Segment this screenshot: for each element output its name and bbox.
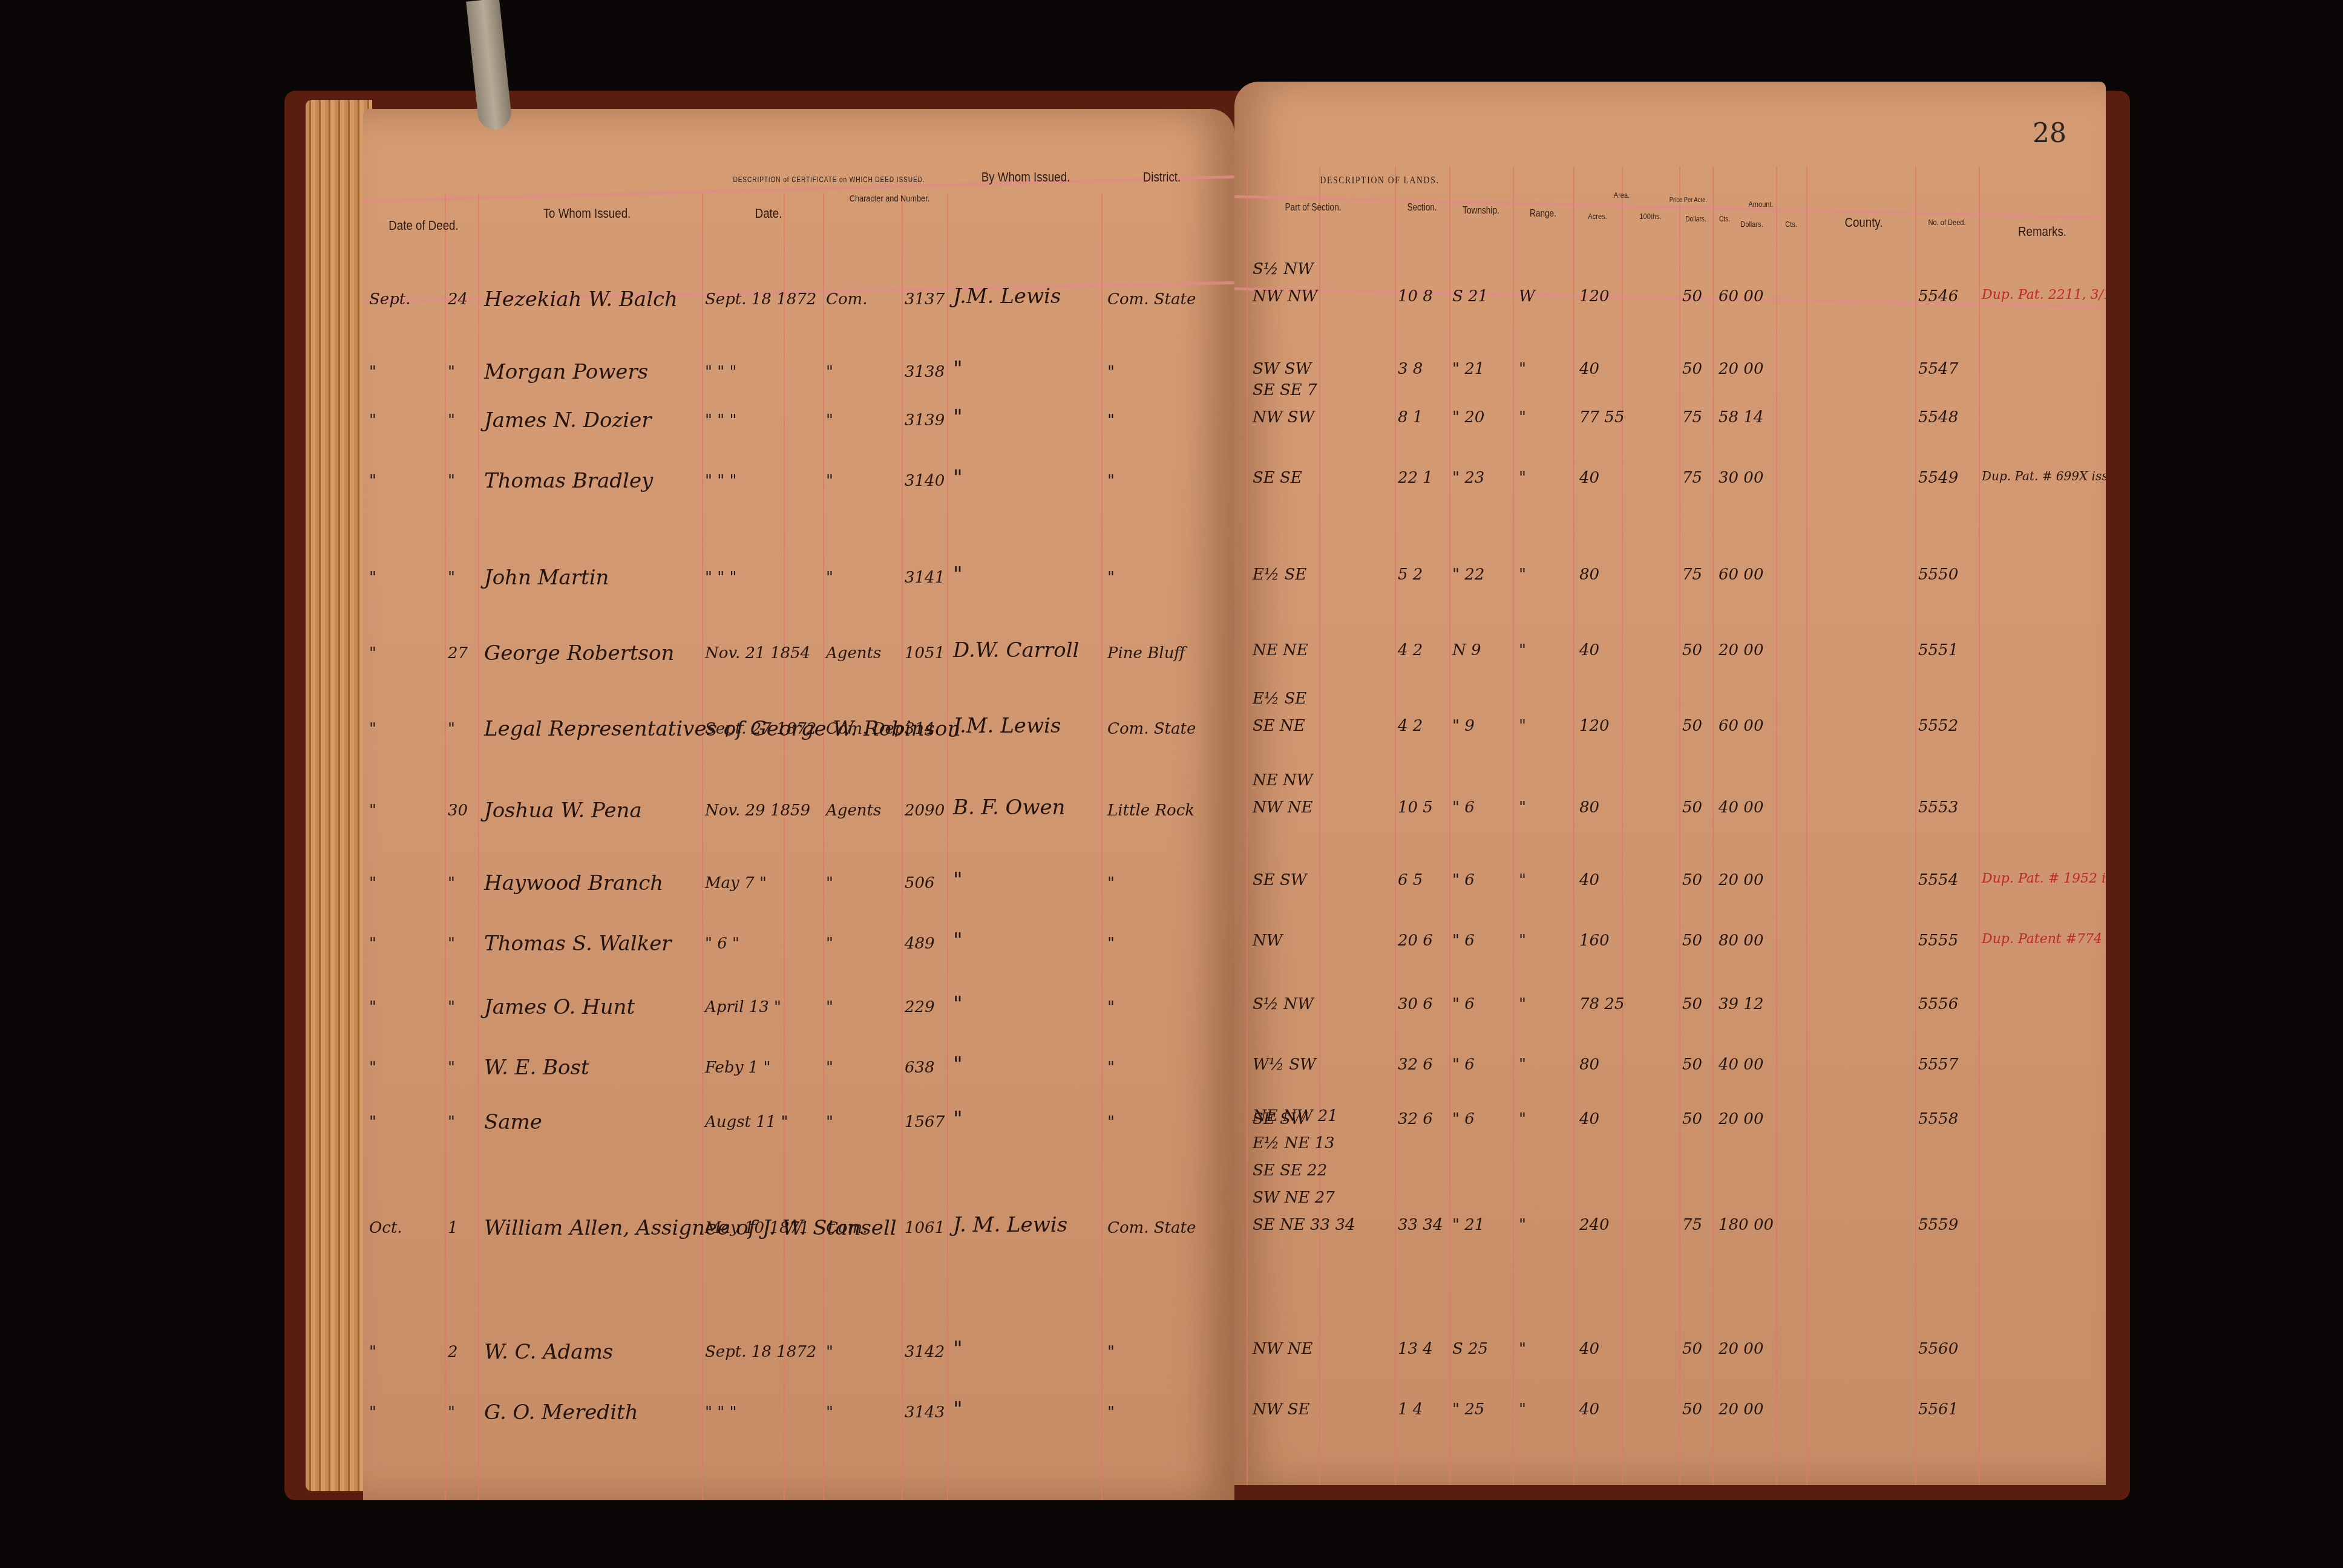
deed-day: "	[448, 874, 455, 892]
amount: 58 14	[1719, 408, 1763, 426]
township: " 25	[1452, 1400, 1484, 1419]
deed-number: 5546	[1918, 287, 1958, 305]
deed-month: "	[369, 720, 376, 738]
deed-month: "	[369, 1113, 376, 1131]
deed-number: 5556	[1918, 995, 1958, 1013]
acres: 80	[1579, 1056, 1599, 1074]
deed-day: 30	[448, 802, 468, 820]
amount: 20 00	[1719, 1110, 1763, 1128]
header-amount-cts: Cts.	[1778, 220, 1804, 229]
issued-by: J.M. Lewis	[953, 714, 1061, 738]
price-per-acre: 75	[1682, 469, 1702, 487]
deed-month: "	[369, 874, 376, 892]
certificate-number: 314	[905, 720, 935, 738]
deed-number: 5553	[1918, 799, 1958, 817]
certificate-number: 3143	[905, 1403, 945, 1422]
part-of-section: S½ NW	[1253, 260, 1314, 278]
amount: 39 12	[1719, 995, 1763, 1013]
range: "	[1519, 408, 1526, 426]
part-of-section: SE NE	[1253, 717, 1305, 735]
deed-month: "	[369, 411, 376, 430]
header-price-per-acre: Price Per Acre.	[1653, 197, 1725, 204]
district: Com. State	[1107, 1219, 1196, 1237]
grantee-name: Haywood Branch	[484, 871, 663, 895]
deed-month: "	[369, 998, 376, 1016]
range: "	[1519, 566, 1526, 584]
deed-number: 5548	[1918, 408, 1958, 426]
certificate-date: Sept. 27 1872	[705, 720, 816, 738]
col-divider	[1679, 166, 1680, 1485]
col-divider	[902, 194, 903, 1500]
remark: Dup. Pat. # 699X issued 10-21-26	[1982, 469, 2106, 483]
col-divider	[1712, 166, 1714, 1485]
col-divider	[784, 194, 785, 1500]
part-of-section: SW SW	[1253, 360, 1311, 378]
deed-month: "	[369, 569, 376, 587]
part-of-section: NW NE	[1253, 1340, 1312, 1358]
township: " 9	[1452, 717, 1475, 735]
deed-number: 5554	[1918, 871, 1958, 889]
price-per-acre: 75	[1682, 408, 1702, 426]
range: "	[1519, 932, 1526, 950]
township: S 21	[1452, 287, 1488, 305]
township: " 22	[1452, 566, 1484, 584]
certificate-character: "	[826, 1113, 833, 1131]
grantee-name: Morgan Powers	[484, 360, 648, 384]
acres: 77 55	[1579, 408, 1624, 426]
col-divider	[1449, 166, 1450, 1485]
section: 1 4	[1398, 1400, 1423, 1419]
district: "	[1107, 874, 1115, 892]
price-per-acre: 50	[1682, 799, 1702, 817]
header-no-of-deed: No. of Deed.	[1920, 218, 1974, 227]
price-per-acre: 50	[1682, 995, 1702, 1013]
part-of-section: SE SW	[1253, 871, 1307, 889]
part-of-section: SW NE 27	[1253, 1189, 1335, 1207]
certificate-character: "	[826, 411, 833, 430]
grantee-name: James O. Hunt	[484, 995, 635, 1019]
range: "	[1519, 871, 1526, 889]
certificate-character: Agents	[826, 802, 881, 820]
district: "	[1107, 1403, 1115, 1422]
price-per-acre: 50	[1682, 287, 1702, 305]
price-per-acre: 50	[1682, 932, 1702, 950]
range: "	[1519, 1056, 1526, 1074]
deed-number: 5559	[1918, 1216, 1958, 1234]
price-per-acre: 50	[1682, 717, 1702, 735]
range: "	[1519, 1216, 1526, 1234]
section: 32 6	[1398, 1110, 1433, 1128]
issued-by: "	[953, 466, 963, 490]
part-of-section: NW NW	[1253, 287, 1317, 305]
section: 3 8	[1398, 360, 1423, 378]
col-divider	[1806, 166, 1807, 1485]
township: " 20	[1452, 408, 1484, 426]
township: " 6	[1452, 995, 1475, 1013]
section: 8 1	[1398, 408, 1423, 426]
certificate-number: 506	[905, 874, 935, 892]
certificate-number: 2090	[905, 802, 945, 820]
issued-by: J.M. Lewis	[953, 284, 1061, 309]
part-of-section: E½ SE	[1253, 690, 1306, 708]
section: 4 2	[1398, 641, 1423, 659]
section: 30 6	[1398, 995, 1433, 1013]
header-certificate-group: DESCRIPTION of CERTIFICATE on WHICH DEED…	[721, 175, 937, 184]
deed-number: 5557	[1918, 1056, 1958, 1074]
district: "	[1107, 935, 1115, 953]
header-bottom-rule	[1234, 287, 2106, 309]
header-amount: Amount.	[1725, 200, 1797, 209]
section: 22 1	[1398, 469, 1433, 487]
deed-number: 5561	[1918, 1400, 1958, 1419]
price-per-acre: 50	[1682, 1340, 1702, 1358]
certificate-date: Nov. 29 1859	[705, 802, 810, 820]
part-of-section: E½ NE 13	[1253, 1134, 1335, 1152]
deed-month: "	[369, 472, 376, 490]
district: Com. State	[1107, 720, 1196, 738]
range: "	[1519, 799, 1526, 817]
deed-number: 5560	[1918, 1340, 1958, 1358]
range: "	[1519, 1340, 1526, 1358]
district: Pine Bluff	[1107, 644, 1185, 662]
part-of-section: E½ SE	[1253, 566, 1306, 584]
certificate-date: Sept. 18 1872	[705, 1343, 816, 1361]
col-divider	[1776, 166, 1777, 1485]
amount: 30 00	[1719, 469, 1763, 487]
header-by-whom-issued: By Whom Issued.	[966, 169, 1085, 185]
range: "	[1519, 360, 1526, 378]
certificate-date: Nov. 21 1854	[705, 644, 810, 662]
certificate-number: 1567	[905, 1113, 945, 1131]
table-row: NW SE1 4" 25"405020 005561	[1234, 82, 2106, 82]
issued-by: D.W. Carroll	[953, 638, 1079, 662]
issued-by: "	[953, 563, 963, 587]
deed-day: "	[448, 1403, 455, 1422]
header-township: Township.	[1454, 206, 1508, 217]
certificate-date: " " "	[705, 569, 736, 587]
deed-day: "	[448, 363, 455, 381]
deed-day: "	[448, 569, 455, 587]
amount: 60 00	[1719, 717, 1763, 735]
township: " 6	[1452, 871, 1475, 889]
certificate-date: April 13 "	[705, 998, 781, 1016]
certificate-date: " " "	[705, 363, 736, 381]
grantee-name: James N. Dozier	[484, 408, 652, 433]
grantee-name: W. C. Adams	[484, 1340, 613, 1364]
certificate-number: 3137	[905, 290, 945, 309]
amount: 20 00	[1719, 1400, 1763, 1419]
part-of-section: SE SE	[1253, 469, 1302, 487]
township: " 23	[1452, 469, 1484, 487]
header-section: Section.	[1399, 203, 1446, 214]
district: "	[1107, 411, 1115, 430]
issued-by: B. F. Owen	[953, 795, 1066, 820]
township: " 6	[1452, 1056, 1475, 1074]
page-number: 28	[2033, 118, 2066, 149]
deed-month: "	[369, 1403, 376, 1422]
header-county: County.	[1823, 215, 1905, 230]
township: " 21	[1452, 360, 1484, 378]
col-divider	[1979, 166, 1980, 1485]
deed-day: "	[448, 472, 455, 490]
grantee-name: Hezekiah W. Balch	[484, 287, 678, 312]
certificate-date: " " "	[705, 472, 736, 490]
district: "	[1107, 998, 1115, 1016]
district: "	[1107, 1059, 1115, 1077]
deed-month: "	[369, 644, 376, 662]
issued-by: "	[953, 357, 963, 381]
part-of-section: NW	[1253, 932, 1282, 950]
col-divider	[1319, 166, 1320, 1485]
remark: Dup. Patent #774 issued Jan 16-1911	[1982, 932, 2106, 947]
certificate-number: 3139	[905, 411, 945, 430]
certificate-character: Agents	[826, 644, 881, 662]
part-of-section: NE NW 21	[1253, 1107, 1338, 1125]
certificate-character: "	[826, 935, 833, 953]
header-100ths: 100ths.	[1626, 212, 1675, 221]
deed-month: "	[369, 935, 376, 953]
section: 32 6	[1398, 1056, 1433, 1074]
section: 10 8	[1398, 287, 1433, 305]
page-edges	[306, 100, 372, 1491]
header-date: Date.	[733, 206, 805, 221]
deed-number: 5555	[1918, 932, 1958, 950]
section: 20 6	[1398, 932, 1433, 950]
acres: 78 25	[1579, 995, 1624, 1013]
amount: 40 00	[1719, 1056, 1763, 1074]
header-price-dollars: Dollars.	[1682, 215, 1710, 223]
price-per-acre: 50	[1682, 641, 1702, 659]
deed-day: "	[448, 1059, 455, 1077]
deed-day: 2	[448, 1343, 458, 1361]
range: "	[1519, 995, 1526, 1013]
header-remarks: Remarks.	[1993, 224, 2091, 240]
header-amount-dollars: Dollars.	[1731, 220, 1772, 229]
header-acres: Acres.	[1577, 212, 1618, 221]
header-character-number: Character and Number.	[838, 194, 941, 204]
range: "	[1519, 641, 1526, 659]
header-district: District.	[1116, 169, 1208, 185]
part-of-section: NE NE	[1253, 641, 1308, 659]
district: Com. State	[1107, 290, 1196, 309]
certificate-date: " " "	[705, 1403, 736, 1422]
issued-by: "	[953, 405, 963, 430]
deed-number: 5549	[1918, 469, 1958, 487]
part-of-section: S½ NW	[1253, 995, 1314, 1013]
price-per-acre: 50	[1682, 871, 1702, 889]
acres: 120	[1579, 287, 1610, 305]
col-divider	[1247, 166, 1248, 1485]
deed-month: "	[369, 1343, 376, 1361]
certificate-character: "	[826, 1059, 833, 1077]
certificate-number: 1061	[905, 1219, 945, 1237]
deed-month: "	[369, 363, 376, 381]
section: 6 5	[1398, 871, 1423, 889]
certificate-number: 3142	[905, 1343, 945, 1361]
acres: 40	[1579, 1340, 1599, 1358]
price-per-acre: 50	[1682, 1056, 1702, 1074]
amount: 20 00	[1719, 360, 1763, 378]
amount: 20 00	[1719, 1340, 1763, 1358]
issued-by: "	[953, 1053, 963, 1077]
acres: 40	[1579, 1110, 1599, 1128]
certificate-number: 3140	[905, 472, 945, 490]
district: "	[1107, 472, 1115, 490]
price-per-acre: 50	[1682, 360, 1702, 378]
col-divider	[1622, 166, 1623, 1485]
price-per-acre: 50	[1682, 1400, 1702, 1419]
section: 10 5	[1398, 799, 1433, 817]
township: " 6	[1452, 1110, 1475, 1128]
col-divider	[702, 194, 703, 1500]
header-to-whom-issued: To Whom Issued.	[510, 206, 664, 221]
grantee-name: G. O. Meredith	[484, 1400, 638, 1425]
certificate-number: 489	[905, 935, 935, 953]
issued-by: "	[953, 1337, 963, 1361]
certificate-date: Augst 11 "	[705, 1113, 788, 1131]
acres: 240	[1579, 1216, 1610, 1234]
col-divider	[823, 194, 824, 1500]
certificate-character: "	[826, 363, 833, 381]
acres: 40	[1579, 1400, 1599, 1419]
left-page: Date of Deed. To Whom Issued. DESCRIPTIO…	[363, 109, 1234, 1500]
section: 5 2	[1398, 566, 1423, 584]
district: "	[1107, 1343, 1115, 1361]
deed-day: 24	[448, 290, 468, 309]
district: "	[1107, 1113, 1115, 1131]
part-of-section: W½ SW	[1253, 1056, 1316, 1074]
certificate-number: 3138	[905, 363, 945, 381]
remark: Dup. Pat. 2211, 3/10/1919	[1982, 287, 2106, 302]
deed-month: "	[369, 1059, 376, 1077]
acres: 160	[1579, 932, 1610, 950]
issued-by: "	[953, 992, 963, 1016]
deed-day: 1	[448, 1219, 458, 1237]
grantee-name: Thomas Bradley	[484, 469, 653, 493]
deed-number: 5558	[1918, 1110, 1958, 1128]
section: 13 4	[1398, 1340, 1433, 1358]
amount: 20 00	[1719, 871, 1763, 889]
col-divider	[445, 194, 446, 1500]
grantee-name: Joshua W. Pena	[484, 799, 642, 823]
deed-day: "	[448, 935, 455, 953]
col-divider	[1101, 194, 1103, 1500]
deed-day: 27	[448, 644, 468, 662]
deed-number: 5547	[1918, 360, 1958, 378]
part-of-section: SE NE 33 34	[1253, 1216, 1355, 1234]
header-date-of-deed: Date of Deed.	[382, 218, 465, 234]
township: " 21	[1452, 1216, 1484, 1234]
certificate-character: "	[826, 1403, 833, 1422]
range: "	[1519, 469, 1526, 487]
range: "	[1519, 717, 1526, 735]
certificate-number: 229	[905, 998, 935, 1016]
price-per-acre: 75	[1682, 1216, 1702, 1234]
district: Little Rock	[1107, 802, 1194, 820]
deed-month: Oct.	[369, 1219, 402, 1237]
acres: 40	[1579, 360, 1599, 378]
section: 33 34	[1398, 1216, 1443, 1234]
issued-by: J. M. Lewis	[953, 1213, 1067, 1237]
township: S 25	[1452, 1340, 1488, 1358]
amount: 20 00	[1719, 641, 1763, 659]
grantee-name: Same	[484, 1110, 542, 1134]
part-of-section: NW NE	[1253, 799, 1312, 817]
issued-by: "	[953, 1107, 963, 1131]
issued-by: "	[953, 1397, 963, 1422]
certificate-date: May 7 "	[705, 874, 767, 892]
certificate-character: Com.	[826, 1219, 867, 1237]
district: "	[1107, 569, 1115, 587]
certificate-character: Com.	[826, 290, 867, 309]
col-divider	[1395, 166, 1396, 1485]
col-divider	[1573, 166, 1575, 1485]
certificate-number: 3141	[905, 569, 945, 587]
certificate-character: "	[826, 998, 833, 1016]
certificate-number: 1051	[905, 644, 945, 662]
amount: 60 00	[1719, 287, 1763, 305]
certificate-date: Sept. 18 1872	[705, 290, 816, 309]
col-divider	[478, 194, 479, 1500]
col-divider	[1915, 166, 1916, 1485]
amount: 80 00	[1719, 932, 1763, 950]
acres: 80	[1579, 566, 1599, 584]
certificate-character: "	[826, 472, 833, 490]
township: " 6	[1452, 799, 1475, 817]
certificate-date: May 10 1871	[705, 1219, 810, 1237]
grantee-name: George Robertson	[484, 641, 674, 665]
deed-month: "	[369, 802, 376, 820]
col-divider	[947, 194, 948, 1500]
deed-month: Sept.	[369, 290, 411, 309]
grantee-name: W. E. Bost	[484, 1056, 589, 1080]
part-of-section: NW SE	[1253, 1400, 1310, 1419]
right-page: 28 DESCRIPTION OF LANDS. Part of Section…	[1234, 82, 2106, 1485]
header-area: Area.	[1581, 191, 1663, 200]
range: W	[1519, 287, 1535, 305]
issued-by: "	[953, 929, 963, 953]
acres: 40	[1579, 469, 1599, 487]
section: 4 2	[1398, 717, 1423, 735]
deed-number: 5552	[1918, 717, 1958, 735]
deed-day: "	[448, 411, 455, 430]
deed-day: "	[448, 998, 455, 1016]
deed-day: "	[448, 720, 455, 738]
acres: 40	[1579, 641, 1599, 659]
amount: 60 00	[1719, 566, 1763, 584]
township: " 6	[1452, 932, 1475, 950]
grantee-name: Thomas S. Walker	[484, 932, 672, 956]
price-per-acre: 75	[1682, 566, 1702, 584]
certificate-character: "	[826, 1343, 833, 1361]
remark: Dup. Pat. # 1952 issued 8-1-1918	[1982, 871, 2106, 886]
header-lands-group: DESCRIPTION OF LANDS.	[1293, 175, 1467, 186]
col-divider	[1513, 166, 1514, 1485]
header-part-of-section: Part of Section.	[1262, 203, 1365, 214]
district: "	[1107, 363, 1115, 381]
part-of-section: NE NW	[1253, 771, 1312, 789]
certificate-character: "	[826, 569, 833, 587]
acres: 120	[1579, 717, 1610, 735]
township: N 9	[1452, 641, 1481, 659]
acres: 80	[1579, 799, 1599, 817]
deed-number: 5551	[1918, 641, 1958, 659]
certificate-character: Com. Dep.	[826, 720, 909, 738]
part-of-section: SE SE 22	[1253, 1161, 1327, 1180]
range: "	[1519, 1110, 1526, 1128]
amount: 180 00	[1719, 1216, 1774, 1234]
certificate-date: " " "	[705, 411, 736, 430]
